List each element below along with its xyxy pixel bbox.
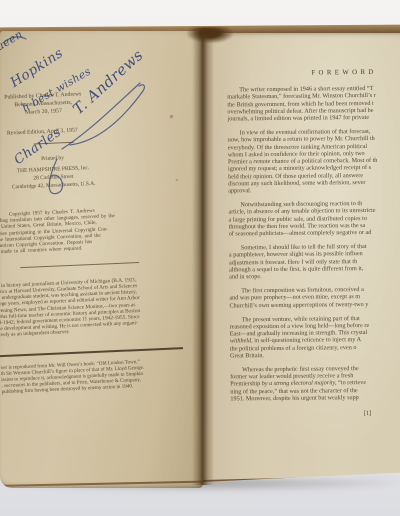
paragraph: Whereas the prophetic first essay convey…: [230, 364, 400, 403]
paragraph: The writer composed in 1946 a short essa…: [227, 84, 400, 123]
book-gutter: [192, 28, 214, 485]
paragraph: In view of the eventual confirmation of …: [228, 127, 400, 195]
divider-rule: [20, 262, 139, 268]
text-line: and in scope.: [229, 272, 400, 282]
edition-line: Revised Edition, April 3, 1957: [0, 124, 158, 140]
page-stain: [170, 115, 173, 118]
foreword-heading: FOREWORD: [228, 68, 400, 77]
cover-note-block: ver is reproduced from Mr. Will Owen’s b…: [1, 355, 203, 396]
printer-block: Printed byTHE HAMPSHIRE PRESS, Inc.28 Ca…: [0, 150, 171, 195]
divider-rule: [34, 142, 74, 145]
right-page: FOREWORD The writer composed in 1946 a s…: [202, 33, 400, 482]
text-line: Churchill’s own seeming apperceptions of…: [229, 300, 400, 310]
imprint-block: Published by Charles T. AndrewsBelmont, …: [0, 88, 162, 122]
paragraph: The first composition was fortuitous, co…: [229, 285, 400, 309]
paragraph: The present venture, while retaining par…: [230, 314, 400, 360]
book-gutter-top: [187, 27, 233, 43]
page-stain: [176, 179, 178, 181]
text-line: journals, a limited edition was printed …: [227, 113, 400, 123]
text-line: 1951. Moreover, despite his urgent but w…: [230, 393, 400, 403]
paragraph: Notwithstanding such discouraging reacti…: [228, 199, 400, 238]
paragraph: Sometime, I should like to tell the full…: [229, 242, 400, 281]
right-page-content: FOREWORD The writer composed in 1946 a s…: [202, 33, 400, 482]
page-number: [1]: [346, 410, 390, 417]
copyright-block: Copyright 1957 by Charles T. Andrewsclud…: [0, 201, 203, 255]
foreword-paragraphs: The writer composed in 1946 a short essa…: [227, 84, 400, 409]
left-page-printed-content: Published by Charles T. AndrewsBelmont, …: [0, 31, 203, 488]
text-line: Great Britain.: [230, 350, 400, 360]
book-photo: Published by Charles T. AndrewsBelmont, …: [0, 0, 400, 516]
section-rule: [0, 347, 183, 357]
text-line: of seasoned publicists—almost completely…: [229, 229, 400, 239]
left-page: Published by Charles T. AndrewsBelmont, …: [0, 31, 203, 488]
author-bio-block: d in history and journalism at Universit…: [0, 272, 203, 339]
